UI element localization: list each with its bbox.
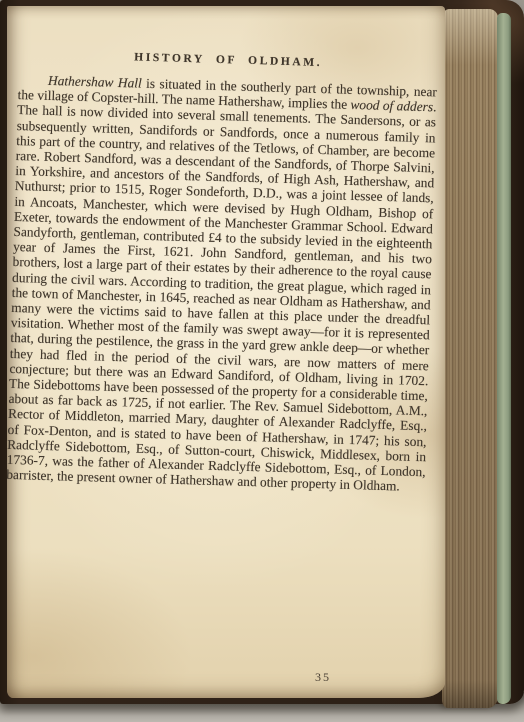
running-header: HISTORY OF OLDHAM. — [19, 48, 438, 72]
book-photo: HISTORY OF OLDHAM. Hathershaw Hall is si… — [0, 0, 524, 722]
body-paragraph: Hathershaw Hall is situated in the south… — [6, 72, 437, 495]
page-content: HISTORY OF OLDHAM. Hathershaw Hall is si… — [6, 48, 438, 495]
endpaper-edge — [497, 13, 511, 704]
page-edges — [442, 9, 498, 708]
paragraph-segment: . The hall is now divided into several s… — [6, 100, 437, 494]
page-number: 35 — [315, 670, 331, 685]
book-page: HISTORY OF OLDHAM. Hathershaw Hall is si… — [7, 6, 445, 698]
